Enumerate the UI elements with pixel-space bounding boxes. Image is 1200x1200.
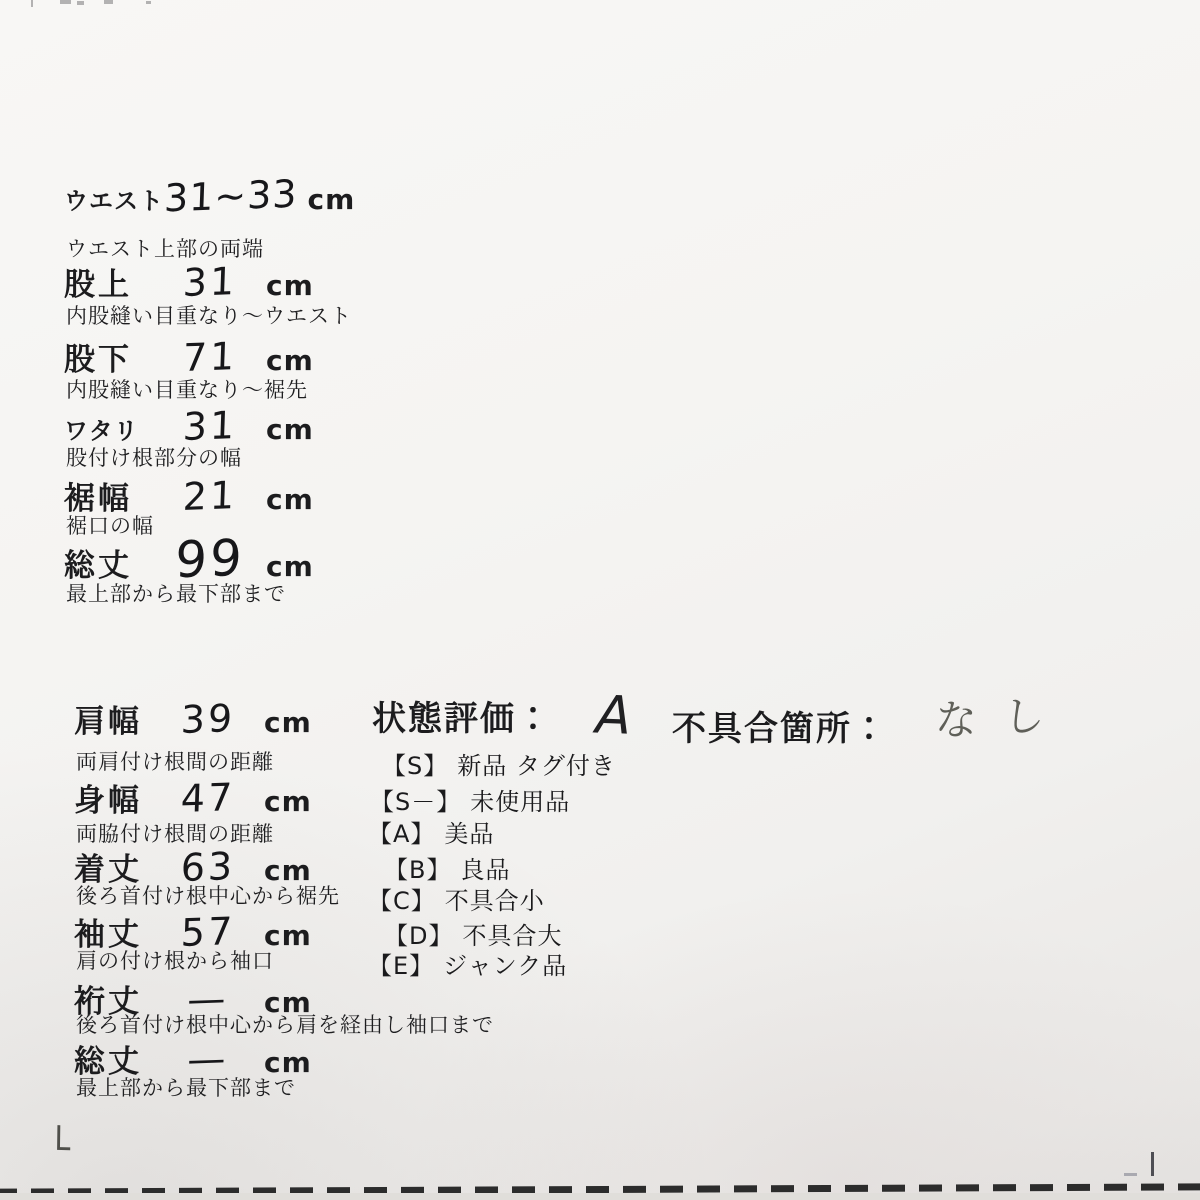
measurement-label: 袖丈 [74, 920, 162, 951]
measurement-row: 肩幅 39 cm [74, 700, 312, 738]
paper-artifact-speck [104, 0, 113, 4]
defect-value-handwritten: なし [934, 693, 1072, 742]
measurement-label: 総丈 [74, 1047, 162, 1078]
measurement-row: 裾幅 21 cm [64, 477, 314, 515]
measurement-row: 股下 71 cm [64, 338, 314, 376]
legend-desc: 新品 タグ付き [457, 752, 616, 780]
measurement-row: ウエスト 31~33 cm [64, 177, 355, 215]
legend-item: 【C】不具合小 [368, 889, 545, 913]
legend-item: 【S】新品 タグ付き [382, 754, 616, 778]
measurement-label: 総丈 [64, 551, 164, 582]
measurement-description: 両脇付け根間の距離 [76, 824, 274, 845]
measurement-value-handwritten: 31~33 [163, 175, 298, 218]
measurement-description: 最上部から最下部まで [66, 584, 286, 605]
measurement-row: 総丈 — cm [74, 1040, 312, 1078]
measurement-value-handwritten: 47 [161, 777, 254, 818]
measurement-unit: cm [266, 486, 314, 514]
legend-desc: 良品 [460, 856, 510, 884]
measurement-label: ウエスト [64, 189, 164, 213]
legend-desc: 不具合小 [445, 887, 545, 915]
legend-item: 【S－】未使用品 [370, 790, 570, 814]
legend-item: 【D】不具合大 [384, 924, 562, 948]
measurement-value-handwritten: 31 [163, 261, 256, 302]
legend-item: 【E】ジャンク品 [368, 954, 567, 978]
corner-registration-mark [1136, 1152, 1154, 1176]
measurement-row: 身幅 47 cm [74, 779, 312, 817]
measurement-sheet-photo: ウエスト 31~33 cm ウエスト上部の両端 股上 31 cm 内股縫い目重な… [0, 0, 1200, 1200]
legend-desc: 不具合大 [462, 922, 562, 950]
measurement-unit: cm [266, 553, 314, 581]
measurement-row: ワタリ 31 cm [64, 407, 314, 445]
legend-desc: 美品 [444, 820, 494, 848]
measurement-label: 裾幅 [64, 484, 164, 515]
measurement-value-handwritten: — [161, 1038, 254, 1079]
measurement-unit: cm [264, 857, 312, 885]
measurement-label: ワタリ [64, 419, 164, 443]
measurement-description: 後ろ首付け根中心から肩を経由し袖口まで [76, 1015, 494, 1036]
measurement-label: 股上 [64, 270, 164, 301]
measurement-row: 袖丈 57 cm [74, 913, 312, 951]
measurement-value-handwritten: 39 [161, 698, 254, 739]
measurement-description: 最上部から最下部まで [76, 1078, 296, 1099]
measurement-label: 肩幅 [74, 707, 162, 738]
paper-artifact-speck [146, 1, 151, 4]
legend-code: 【S】 [382, 752, 448, 780]
legend-code: 【B】 [384, 856, 451, 884]
legend-code: 【E】 [368, 952, 434, 980]
measurement-unit: cm [264, 709, 312, 737]
measurement-value-handwritten: 99 [163, 532, 257, 585]
handwritten-l-mark: L [54, 1122, 71, 1156]
measurement-unit: cm [266, 347, 314, 375]
measurement-unit: cm [264, 788, 312, 816]
measurement-unit: cm [266, 416, 314, 444]
condition-grade-handwritten: A [590, 689, 638, 742]
measurement-description: 内股縫い目重なり～ウエスト [66, 306, 352, 327]
legend-code: 【S－】 [370, 788, 461, 816]
measurement-value-handwritten: 71 [163, 336, 256, 377]
measurement-label: 着丈 [74, 855, 162, 886]
measurement-value-handwritten: 21 [163, 475, 256, 516]
measurement-row: 股上 31 cm [64, 263, 314, 301]
condition-label: 状態評価： [372, 702, 552, 736]
defect-label: 不具合箇所： [672, 712, 888, 746]
legend-item: 【A】美品 [368, 822, 494, 846]
measurement-row: 着丈 63 cm [74, 848, 312, 886]
measurement-label: 身幅 [74, 786, 162, 817]
measurement-description: 肩の付け根から袖口 [76, 951, 274, 972]
legend-desc: 未使用品 [470, 788, 570, 816]
measurement-description: 内股縫い目重なり～裾先 [66, 380, 308, 401]
measurement-description: 股付け根部分の幅 [66, 448, 242, 469]
measurement-unit: cm [308, 186, 356, 214]
legend-code: 【D】 [384, 922, 453, 950]
measurement-label: 股下 [64, 345, 164, 376]
paper-artifact-speck [77, 1, 84, 5]
legend-desc: ジャンク品 [443, 952, 567, 980]
measurement-value-handwritten: 63 [161, 846, 254, 887]
measurement-description: 後ろ首付け根中心から裾先 [76, 886, 340, 907]
measurement-value-handwritten: 31 [163, 405, 256, 446]
measurement-description: ウエスト上部の両端 [66, 239, 264, 260]
measurement-row: 総丈 99 cm [64, 534, 314, 584]
paper-artifact-speck [31, 0, 33, 7]
legend-code: 【C】 [368, 887, 436, 915]
paper-artifact-speck [60, 0, 71, 4]
measurement-unit: cm [264, 922, 312, 950]
legend-code: 【A】 [368, 820, 435, 848]
paper-bottom-edge [0, 1193, 1200, 1200]
legend-item: 【B】良品 [384, 858, 510, 882]
measurement-value-handwritten: 57 [161, 911, 254, 952]
measurement-unit: cm [266, 272, 314, 300]
measurement-description: 両肩付け根間の距離 [76, 752, 274, 773]
measurement-unit: cm [264, 1049, 312, 1077]
